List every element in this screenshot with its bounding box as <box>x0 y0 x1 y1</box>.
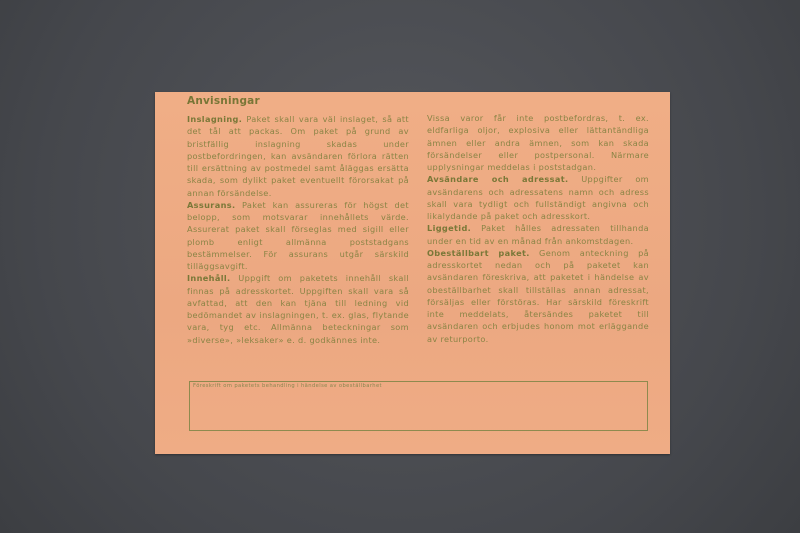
card-heading: Anvisningar <box>187 95 260 107</box>
section-obestallbart: Obeställbart paket. Genom anteckning på … <box>427 247 649 345</box>
instruction-box[interactable]: Föreskrift om paketets behandling i händ… <box>189 381 648 431</box>
parcel-instruction-card: Anvisningar Inslagning. Paket skall vara… <box>155 92 670 454</box>
section-assurans: Assurans. Paket kan assureras för högst … <box>187 199 409 273</box>
right-column: Vissa varor får inte postbefordras, t. e… <box>427 112 649 345</box>
section-title: Assurans. <box>187 200 235 210</box>
section-text: Uppgift om paketets innehåll skall finna… <box>187 273 409 344</box>
section-text: Genom anteckning på adresskortet nedan o… <box>427 248 649 344</box>
section-innehall: Innehåll. Uppgift om paketets innehåll s… <box>187 272 409 346</box>
section-inslagning: Inslagning. Paket skall vara väl inslage… <box>187 113 409 199</box>
section-title: Liggetid. <box>427 223 471 233</box>
section-text: Paket kan assureras för högst det belopp… <box>187 200 409 271</box>
section-forbidden-goods: Vissa varor får inte postbefordras, t. e… <box>427 112 649 173</box>
section-title: Avsändare och adressat. <box>427 174 568 184</box>
section-title: Innehåll. <box>187 273 230 283</box>
section-text: Vissa varor får inte postbefordras, t. e… <box>427 113 649 172</box>
section-text: Paket skall vara väl inslaget, så att de… <box>187 114 409 198</box>
instruction-box-label: Föreskrift om paketets behandling i händ… <box>193 383 382 389</box>
left-column: Inslagning. Paket skall vara väl inslage… <box>187 113 409 346</box>
section-liggetid: Liggetid. Paket hålles adressaten tillha… <box>427 222 649 247</box>
section-title: Obeställbart paket. <box>427 248 530 258</box>
section-avsandare: Avsändare och adressat. Uppgifter om avs… <box>427 173 649 222</box>
section-title: Inslagning. <box>187 114 242 124</box>
